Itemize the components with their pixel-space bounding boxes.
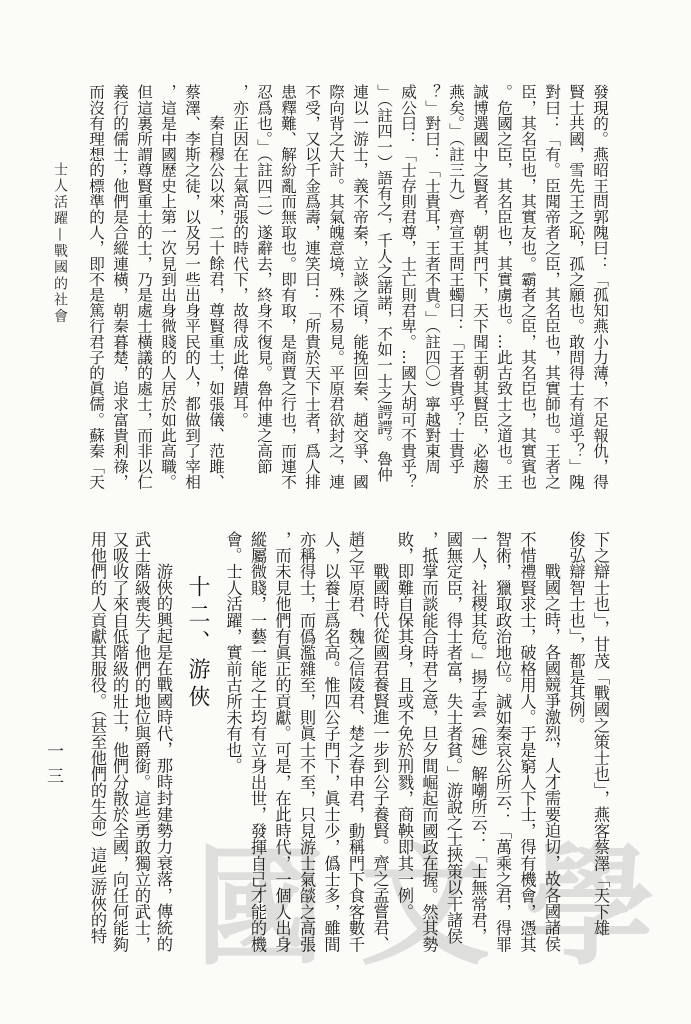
text-column: 縱屬微賤，一藝一能之士均有立身出世，發揮自己才能的機 [245,531,270,959]
text-column: 用他們的人貢獻其服役。（甚至他們的生命）這些游俠的特 [86,531,108,959]
text-column: 發現的。燕昭王問郭隗曰：「孤知燕小力薄，不足報仇，得 [588,84,612,496]
text-column: 不惜禮賢求士，破格用人。于是窮人下士，得有機會，憑其 [514,531,539,959]
text-column: ，而未見他們有眞正的貢獻。可是，在此時代，一個人出身 [269,531,294,959]
text-column: 對曰：「有。臣聞帝者之臣，其名臣也，其實師也。王者之 [540,84,564,496]
text-column: 」（註四一）語有之，千人之諾諾，不如一士之諤諤。魯仲 [372,84,396,496]
text-column: 趙之平原君、魏之信陵君、楚之春申君，動稱門下食客數千 [343,531,368,959]
paragraph-start-column: 戰國之時，各國競爭激烈，人才需要迫切，故各國諸侯 [539,531,564,959]
page-number: 一三 [43,742,63,792]
text-column: 燕矣。」（註三九）齊宣王問王蠋曰：「王者貴乎？士貴乎 [444,84,468,496]
text-column: 又吸收了來自低階級的壯士，他們分散於全國，向任何能夠 [108,531,130,959]
text-column: ，亦正因在士氣高張的時代下，故得成此偉蹟耳。 [228,84,252,496]
text-column: 一人，社稷其危。」揚子雲（雄）解嘲所云：「士無常君， [465,531,490,959]
bottom-text-block: 下之辯士也」，甘茂「戰國之策士也」，燕客蔡澤「天下雄 俊弘辯智士也」，都是其例。… [86,531,612,959]
text-column: 敗，即難自保其身，且或不免於刑戮，商鞅即其一例。 [392,531,417,959]
text-column: 下之辯士也」，甘茂「戰國之策士也」，燕客蔡澤「天下雄 [588,531,613,959]
text-column: 患釋難、解紛亂而無取也。即有取，是商賈之行也，而連不 [276,84,300,496]
text-column: 俊弘辯智士也」，都是其例。 [563,531,588,959]
paragraph-start-column: 秦自穆公以來，二十餘君，尊賢重士，如張儀、范雎、 [204,84,228,496]
text-column: 但這裏所謂尊賢重士的士，乃是處士橫議的處士，而非以仁 [132,84,156,496]
text-column: 連以一游士，義不帝秦，立談之頃，能挽回秦、趙交爭、國 [348,84,372,496]
text-column: 武士階級喪失了他們的地位與爵銜。這些勇敢獨立的武士， [130,531,152,959]
paragraph-start-column: 游俠的興起是在戰國時代，那時封建勢力衰落，傳統的 [152,531,174,959]
text-column: 忍爲也。」（註四二）遂辭去，終身不復見。魯仲連之高節 [252,84,276,496]
text-column: 而沒有理想的標準的人，即不是篤行君子的眞儒。蘇秦「天 [84,84,108,496]
text-column: ？」對曰：「士貴耳，王者不貴。」（註四〇）寧越對東周 [420,84,444,496]
text-column: 亦稱得士，而僞濫雜至，則眞士不至，只見游士氣燄之高張 [294,531,319,959]
top-text-block: 發現的。燕昭王問郭隗曰：「孤知燕小力薄，不足報仇，得 賢士共國，雪先王之恥，孤之… [84,84,612,496]
text-column: ，抵掌而談能合時君之意，旦夕間崛起而國政在握。然其勢 [416,531,441,959]
scanned-page: 國文學 士人活躍—戰國的社會 一三 發現的。燕昭王問郭隗曰：「孤知燕小力薄，不足… [0,0,691,1024]
text-column: 。危國之臣，其名臣也，其實虜也。…此古致士之道也。王 [492,84,516,496]
text-column: 誠博選國中之賢者，朝其門下，天下聞王朝其賢臣，必趨於 [468,84,492,496]
text-column: 會。士人活躍，實前古所未有也。 [220,531,245,959]
text-column: 威公曰：「士存則君尊，士亡則君卑。…國大胡可不貴乎？ [396,84,420,496]
text-column: 賢士共國，雪先王之恥，孤之願也。敢問得士有道乎？」隗 [564,84,588,496]
text-column: 人，以養士爲名高。惟四公子門下，眞士少，僞士多，雖間 [318,531,343,959]
text-column: 際向背之大計。其氣魄意境，殊不易見。平原君欲封之，連 [324,84,348,496]
paragraph-start-column: 戰國時代從國君養賢進一步到公子養賢。齊之孟嘗君、 [367,531,392,959]
text-column: 不受，又以千金爲壽，連笑曰：「所貴於天下士者，爲人排 [300,84,324,496]
section-heading: 十二、游俠 [174,531,220,959]
text-column: 智術，獵取政治地位。誠如秦哀公所云：「萬乘之君，得罪 [490,531,515,959]
running-head: 士人活躍—戰國的社會 [50,162,70,325]
text-column: 蔡澤、李斯之徒，以及另一些出身平民的人，都做到了宰相 [180,84,204,496]
text-column: ，這是中國歷史上第一次見到出身微賤的人居於如此高職。 [156,84,180,496]
text-column: 義行的儒士；他們是合縱連橫，朝秦暮楚，追求富貴利祿， [108,84,132,496]
text-column: 國無定臣，得士者富，失士者貧。」游說之士挾策以干諸侯 [441,531,466,959]
text-column: 臣，其名臣也，其實友也。霸者之臣，其名臣也，其實賓也 [516,84,540,496]
